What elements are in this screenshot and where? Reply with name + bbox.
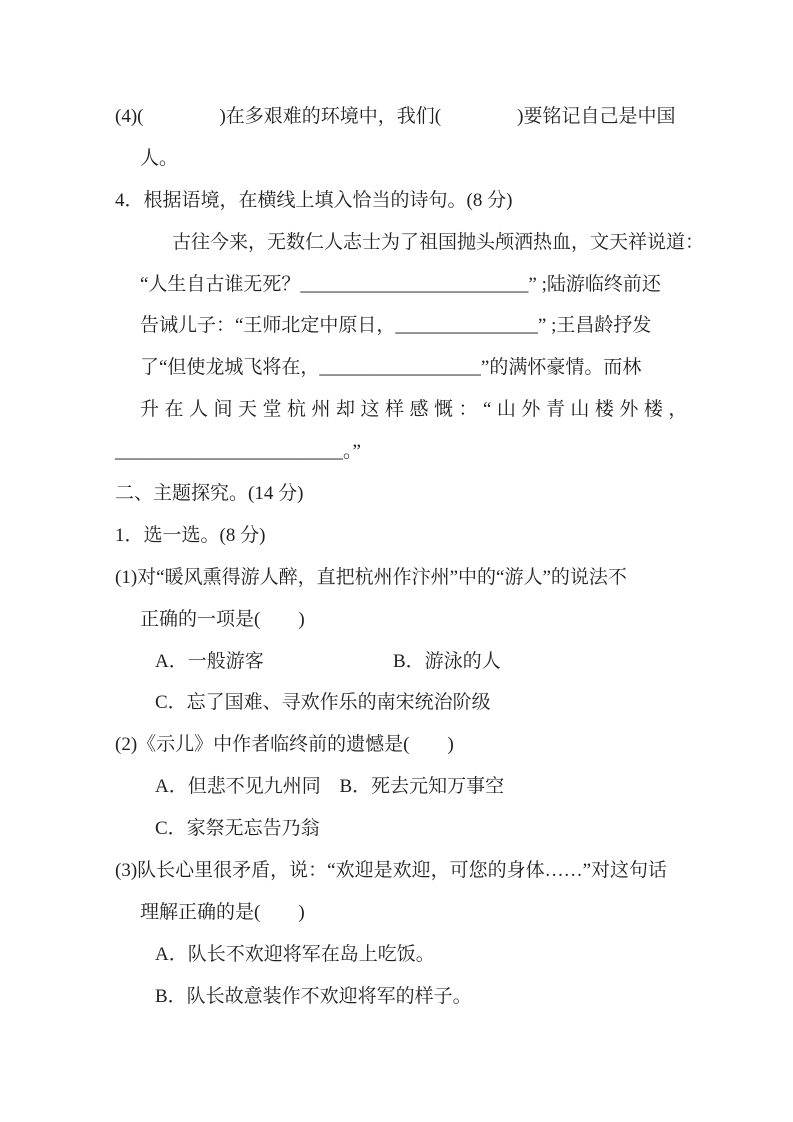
sub1-options-ab: A．一般游客 B．游泳的人 [115, 641, 705, 683]
sub1-option-c: C．忘了国难、寻欢作乐的南宋统治阶级 [115, 682, 705, 724]
sub1-option-b: B．游泳的人 [393, 641, 501, 683]
sub3-option-a: A．队长不欢迎将军在岛上吃饭。 [115, 934, 705, 976]
exam-content: (4)( )在多艰难的环境中，我们( )要铭记自己是中国 人。 4．根据语境，在… [115, 96, 705, 1018]
sub1-stem-line1: (1)对“暖风熏得游人醉，直把杭州作汴州”中的“游人”的说法不 [115, 557, 705, 599]
section2-q1-prompt: 1．选一选。(8 分) [115, 515, 705, 557]
sub3-stem-line1: (3)队长心里很矛盾，说：“欢迎是欢迎，可您的身体……”对这句话 [115, 850, 705, 892]
sub2-option-b: B．死去元知万事空 [339, 776, 504, 797]
worksheet-page: { "page": { "background_color": "#ffffff… [0, 0, 793, 1122]
item4-blank-sentence-line1: (4)( )在多艰难的环境中，我们( )要铭记自己是中国 [115, 96, 705, 138]
section2-heading: 二、主题探究。(14 分) [115, 473, 705, 515]
question4-prompt: 4．根据语境，在横线上填入恰当的诗句。(8 分) [115, 180, 705, 222]
passage-line-1: 古往今来，无数仁人志士为了祖国抛头颅洒热血，文天祥说道： [115, 222, 705, 264]
passage-line-4-blank-wangchangling: 了“但使龙城飞将在，_________________”的满怀豪情。而林 [115, 347, 705, 389]
sub2-stem: (2)《示儿》中作者临终前的遗憾是( ) [115, 724, 705, 766]
passage-line-6-blank-linsheng: ________________________。” [115, 431, 705, 473]
passage-line-3-blank-luyou: 告诫儿子：“王师北定中原日，_______________” ;王昌龄抒发 [115, 305, 705, 347]
sub2-options-ab: A．但悲不见九州同 B．死去元知万事空 [115, 766, 705, 808]
sub1-option-a: A．一般游客 [155, 651, 264, 672]
passage-line-5-linsheng: 升在人间天堂杭州却这样感慨：“山外青山楼外楼， [115, 389, 705, 431]
passage-line-2-blank-wentianxiang: “人生自古谁无死？________________________” ;陆游临终… [115, 264, 705, 306]
sub2-option-a: A．但悲不见九州同 [155, 776, 321, 797]
sub3-option-b: B．队长故意装作不欢迎将军的样子。 [115, 976, 705, 1018]
sub2-option-c: C．家祭无忘告乃翁 [115, 808, 705, 850]
sub1-stem-line2: 正确的一项是( ) [115, 599, 705, 641]
sub3-stem-line2: 理解正确的是( ) [115, 892, 705, 934]
item4-blank-sentence-line2: 人。 [115, 138, 705, 180]
